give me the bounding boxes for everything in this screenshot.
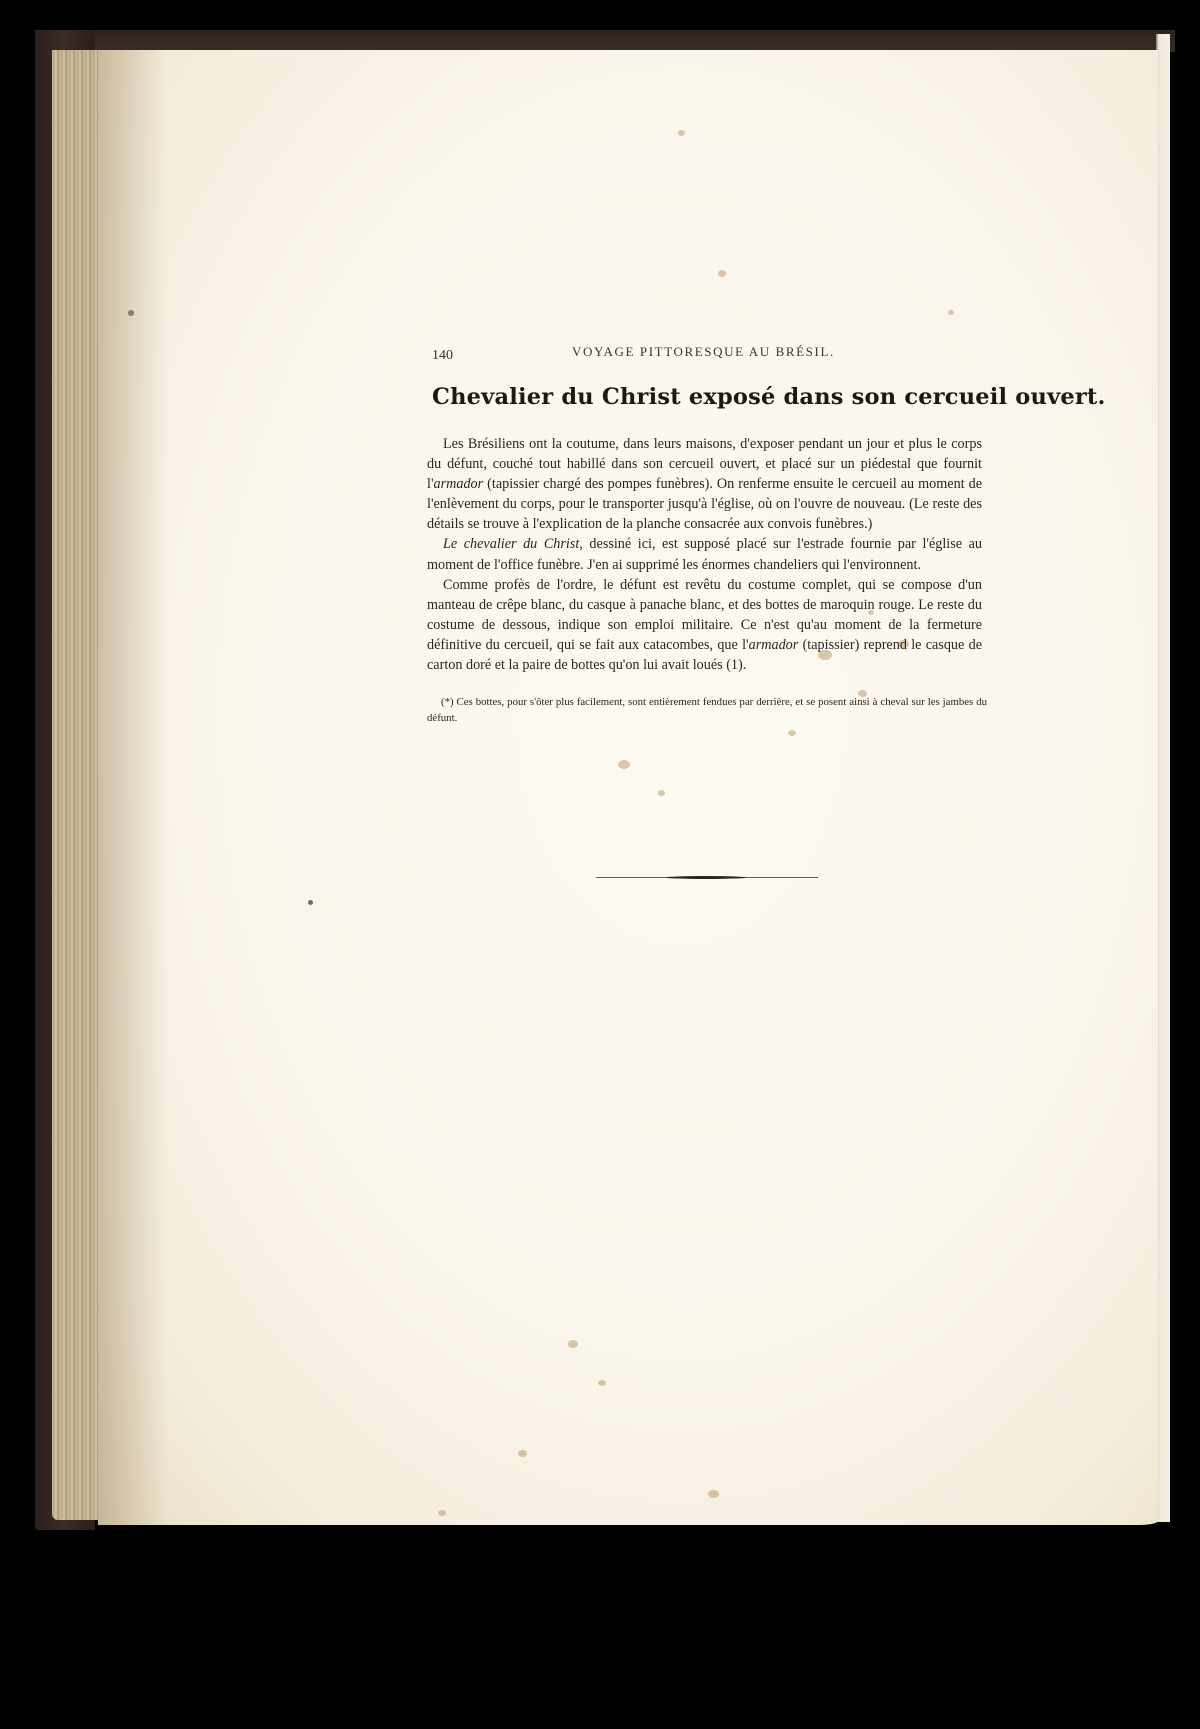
foxing-spot: [568, 1340, 578, 1348]
running-head: 140 VOYAGE PITTORESQUE AU BRÉSIL.: [432, 344, 992, 364]
foxing-spot: [678, 130, 685, 136]
foxing-spot: [598, 1380, 606, 1386]
body-text: Les Brésiliens ont la coutume, dans leur…: [427, 434, 982, 675]
running-title: VOYAGE PITTORESQUE AU BRÉSIL.: [572, 344, 835, 360]
page-number: 140: [432, 348, 453, 364]
divider-swell: [666, 876, 746, 879]
right-page-edge: [1156, 34, 1170, 1522]
foxing-spot: [438, 1510, 446, 1516]
foxing-spot: [128, 310, 134, 316]
paragraph-1: Les Brésiliens ont la coutume, dans leur…: [427, 434, 982, 534]
footnote-text: (*) Ces bottes, pour s'ôter plus facilem…: [427, 694, 987, 726]
paragraph-2: Le chevalier du Christ, dessiné ici, est…: [427, 534, 982, 574]
book-page: [98, 50, 1158, 1525]
foxing-spot: [948, 310, 954, 315]
foxing-spot: [658, 790, 665, 796]
footnote: (*) Ces bottes, pour s'ôter plus facilem…: [427, 694, 987, 726]
foxing-spot: [718, 270, 726, 277]
foxing-spot: [308, 900, 313, 905]
book-cover-top: [35, 30, 1175, 52]
foxing-spot: [618, 760, 630, 769]
foxing-spot: [788, 730, 796, 736]
foxing-spot: [518, 1450, 527, 1457]
ornamental-divider-icon: [596, 876, 818, 880]
chapter-title: Chevalier du Christ exposé dans son cerc…: [432, 384, 992, 410]
foxing-spot: [708, 1490, 719, 1498]
paragraph-3: Comme profès de l'ordre, le défunt est r…: [427, 575, 982, 675]
